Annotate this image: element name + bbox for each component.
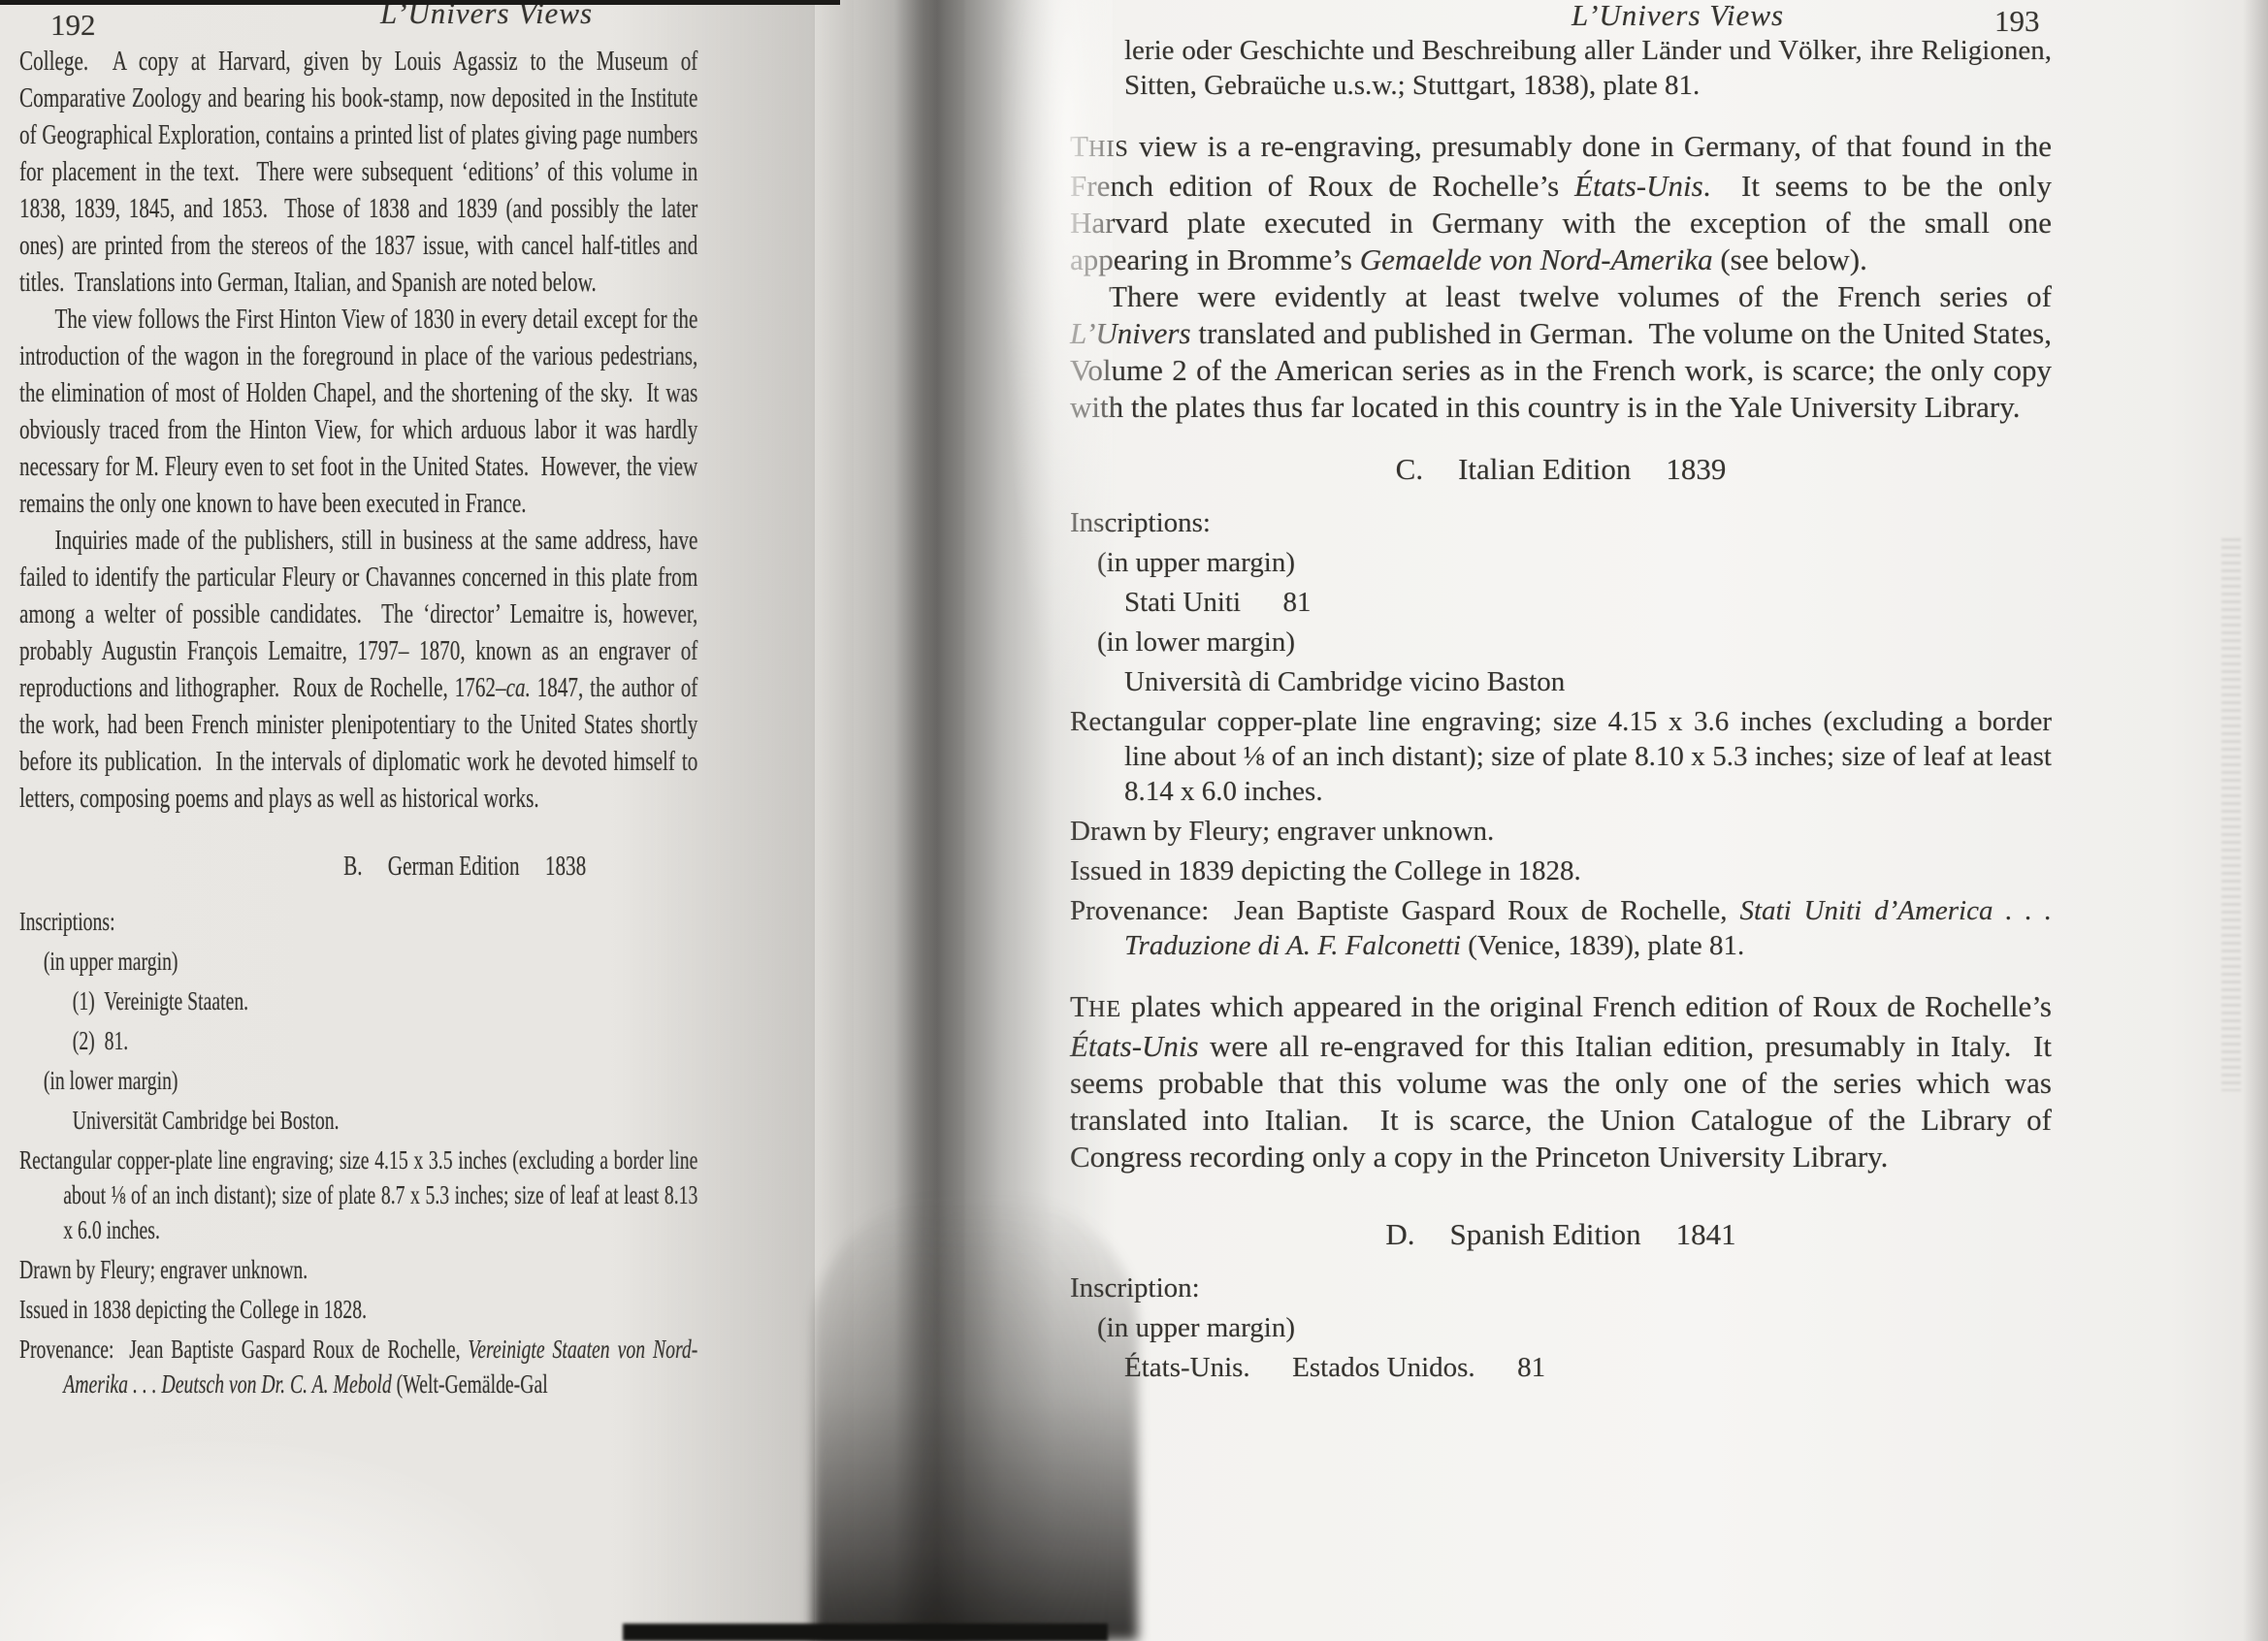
entry-line: Rectangular copper-plate line engraving;… bbox=[19, 1142, 697, 1247]
entry-line: Universität Cambridge bei Boston. bbox=[19, 1103, 697, 1138]
entry-line: États-Unis. Estados Unidos. 81 bbox=[1070, 1350, 2052, 1385]
section-title: Italian Edition bbox=[1458, 452, 1631, 486]
entry-line: Provenance: Jean Baptiste Gaspard Roux d… bbox=[19, 1332, 697, 1401]
section-letter: C. bbox=[1396, 452, 1423, 486]
section-title: German Edition bbox=[388, 851, 520, 882]
entry-line: Rectangular copper-plate line engraving;… bbox=[1070, 704, 2052, 809]
right-page-text-column: lerie oder Geschichte und Beschreibung a… bbox=[1070, 33, 2052, 1390]
page-curl-highlight bbox=[1001, 0, 1113, 698]
entry-line: Inscriptions: bbox=[19, 904, 697, 939]
entry-line: Drawn by Fleury; engraver unknown. bbox=[19, 1252, 697, 1287]
ghost-text-artifact bbox=[2221, 538, 2241, 1091]
section-year: 1841 bbox=[1676, 1217, 1736, 1251]
entry-line: Stati Uniti 81 bbox=[1070, 585, 2052, 620]
entry-line: Drawn by Fleury; engraver unknown. bbox=[1070, 814, 2052, 849]
book-spread-scan: 192 L’Univers Views L’Univers Views 193 … bbox=[0, 0, 2268, 1641]
entry-line: Inscriptions: bbox=[1070, 505, 2052, 540]
entry-line: (in lower margin) bbox=[19, 1063, 697, 1098]
entry-line: Provenance: Jean Baptiste Gaspard Roux d… bbox=[1070, 893, 2052, 963]
gutter-shadow-feather bbox=[621, 0, 815, 1641]
paragraph: College. A copy at Harvard, given by Lou… bbox=[19, 43, 697, 301]
page-number-left: 192 bbox=[50, 8, 96, 43]
paragraph: Inquiries made of the publishers, still … bbox=[19, 522, 697, 817]
entry-line: Issued in 1839 depicting the College in … bbox=[1070, 853, 2052, 888]
entry-line: (2) 81. bbox=[19, 1023, 697, 1058]
entry-line-carryover: lerie oder Geschichte und Beschreibung a… bbox=[1070, 33, 2052, 103]
section-title: Spanish Edition bbox=[1449, 1217, 1640, 1251]
section-heading-spanish-edition: D.Spanish Edition1841 bbox=[1070, 1216, 2052, 1253]
section-letter: B. bbox=[343, 851, 362, 882]
paragraph: The view follows the First Hinton View o… bbox=[19, 301, 697, 522]
left-page-text-column: College. A copy at Harvard, given by Lou… bbox=[19, 43, 697, 1406]
paragraph: There were evidently at least twelve vol… bbox=[1070, 278, 2052, 426]
section-year: 1839 bbox=[1666, 452, 1726, 486]
entry-line: (in lower margin) bbox=[1070, 625, 2052, 660]
entry-line: (in upper margin) bbox=[19, 944, 697, 979]
section-year: 1838 bbox=[545, 851, 586, 882]
scan-bottom-edge bbox=[623, 1624, 1108, 1641]
entry-line: (in upper margin) bbox=[1070, 545, 2052, 580]
entry-line: Inscription: bbox=[1070, 1271, 2052, 1305]
section-heading-italian-edition: C.Italian Edition1839 bbox=[1070, 451, 2052, 488]
paragraph: THE plates which appeared in the origina… bbox=[1070, 988, 2052, 1175]
entry-line: Issued in 1838 depicting the College in … bbox=[19, 1292, 697, 1327]
scan-right-edge-shade bbox=[2243, 0, 2268, 1641]
scan-top-edge bbox=[0, 0, 840, 5]
paragraph: THIS view is a re-engraving, presumably … bbox=[1070, 128, 2052, 278]
gutter-shadow-bottom bbox=[813, 1193, 1138, 1641]
section-letter: D. bbox=[1385, 1217, 1414, 1251]
entry-line: (in upper margin) bbox=[1070, 1310, 2052, 1345]
entry-line: Università di Cambridge vicino Baston bbox=[1070, 664, 2052, 699]
entry-line: (1) Vereinigte Staaten. bbox=[19, 983, 697, 1018]
running-title-right: L’Univers Views bbox=[1571, 0, 1784, 33]
